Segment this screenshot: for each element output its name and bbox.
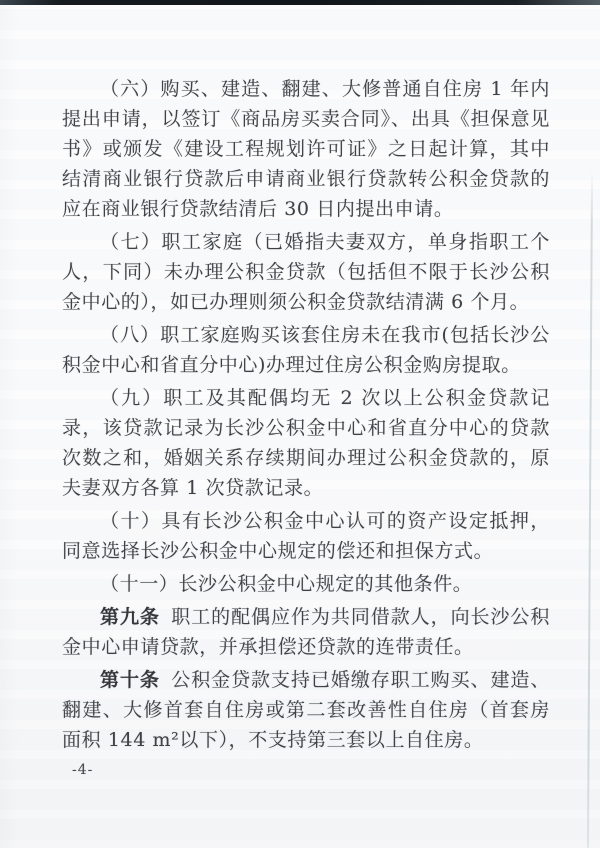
paragraph-text: （六）购买、建造、翻建、大修普通自住房 1 年内提出申请，以签订《商品房买卖合同… <box>62 78 550 220</box>
paragraph-clause-9: （九）职工及其配偶均无 2 次以上公积金贷款记录，该贷款记录为长沙公积金中心和省… <box>62 383 550 503</box>
paragraph-clause-7: （七）职工家庭（已婚指夫妻双方，单身指职工个人，下同）未办理公积金贷款（包括但不… <box>62 227 550 317</box>
paragraph-clause-6: （六）购买、建造、翻建、大修普通自住房 1 年内提出申请，以签订《商品房买卖合同… <box>62 74 550 224</box>
paragraph-clause-10: （十）具有长沙公积金中心认可的资产设定抵押，同意选择长沙公积金中心规定的偿还和担… <box>62 506 550 566</box>
page-number: -4- <box>72 762 93 778</box>
paragraph-article-9: 第九条职工的配偶应作为共同借款人，向长沙公积金中心申请贷款，并承担偿还贷款的连带… <box>62 602 550 662</box>
document-body: （六）购买、建造、翻建、大修普通自住房 1 年内提出申请，以签订《商品房买卖合同… <box>62 74 550 758</box>
paragraph-text: （十）具有长沙公积金中心认可的资产设定抵押，同意选择长沙公积金中心规定的偿还和担… <box>62 510 550 562</box>
scanner-edge-bar <box>0 0 600 5</box>
paragraph-clause-8: （八）职工家庭购买该套住房未在我市(包括长沙公积金中心和省直分中心)办理过住房公… <box>62 320 550 380</box>
article-number-label: 第十条 <box>100 669 160 691</box>
paragraph-text: （八）职工家庭购买该套住房未在我市(包括长沙公积金中心和省直分中心)办理过住房公… <box>62 324 550 376</box>
paragraph-text: （七）职工家庭（已婚指夫妻双方，单身指职工个人，下同）未办理公积金贷款（包括但不… <box>62 231 550 313</box>
paragraph-clause-11: （十一）长沙公积金中心规定的其他条件。 <box>62 569 550 599</box>
paragraph-text: （十一）长沙公积金中心规定的其他条件。 <box>100 573 472 595</box>
paragraph-article-10: 第十条公积金贷款支持已婚缴存职工购买、建造、翻建、大修首套自住房或第二套改善性自… <box>62 665 550 755</box>
page-edge-crease <box>587 170 593 848</box>
paragraph-text: （九）职工及其配偶均无 2 次以上公积金贷款记录，该贷款记录为长沙公积金中心和省… <box>62 387 550 499</box>
article-number-label: 第九条 <box>100 606 160 628</box>
